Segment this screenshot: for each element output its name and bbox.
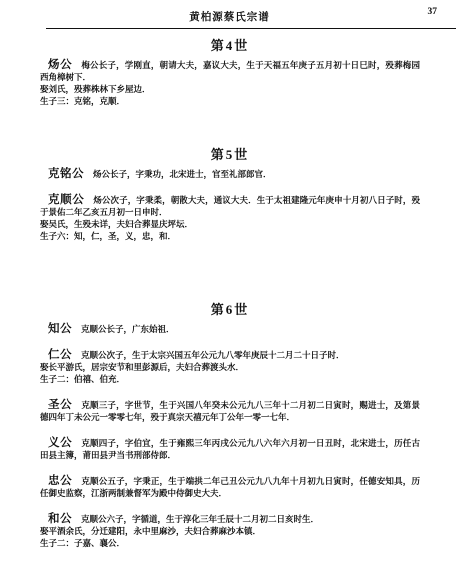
- entry-line: 娶吴氏，生殁未详，夫妇合葬显庆坪坛．: [40, 218, 420, 230]
- entry-name: 和公: [48, 513, 72, 525]
- genealogy-page: 黄柏源蔡氏宗谱 37 第4世 炀公梅公长子，学刚直，朝请大夫，嘉议大夫，生于天福…: [0, 0, 459, 574]
- entry-ke-ming-gong: 克铭公炀公长子，字秉功，北宋进士，官至礼部郎官．: [40, 168, 420, 180]
- entry-name: 克铭公: [48, 168, 84, 180]
- section-heading-gen4: 第4世: [40, 35, 420, 54]
- entry-name: 仁公: [48, 349, 72, 361]
- entry-ren-gong: 仁公克顺公次子，生于太宗兴国五年公元九八零年庚辰十二月二十日子时． 娶长平游氏，…: [40, 349, 420, 385]
- entry-line: 生子六：知，仁，圣，义，忠，和．: [40, 230, 420, 242]
- entry-zhi-gong: 知公克顺公长子，广东始祖．: [40, 323, 420, 335]
- entry-line: 生子二：子嘉、襄公．: [40, 537, 420, 549]
- entry-paragraph: 知公克顺公长子，广东始祖．: [40, 323, 420, 335]
- section-heading-gen6: 第6世: [40, 299, 420, 318]
- entry-name: 炀公: [48, 59, 72, 71]
- entry-line: 娶平酒余氏，分迁建阳，永中里麻沙，夫妇合葬麻沙本镇．: [40, 525, 420, 537]
- entry-yang-gong: 炀公梅公长子，学刚直，朝请大夫，嘉议大夫，生于天福五年庚子五月初十日巳时，殁葬梅…: [40, 59, 420, 107]
- entry-yi-gong: 义公克顺四子，字伯宜，生于雍熙三年丙戌公元九八六年六月初一日丑时，北宋进士，历任…: [40, 437, 420, 461]
- entry-name: 知公: [48, 323, 72, 335]
- entry-text: 克顺公五子，字秉正，生于端拱二年己丑公元九八九年十月初九日寅时，任德安知具，历任…: [40, 476, 420, 498]
- entry-text: 克顺公次子，生于太宗兴国五年公元九八零年庚辰十二月二十日子时．: [81, 350, 345, 360]
- entry-line: 生子三：克铭，克顺．: [40, 95, 420, 107]
- entry-line: 娶长平游氏，居宗安节和里彭源后，夫妇合葬渡头水．: [40, 361, 420, 373]
- entry-line: 娶刘氏，殁葬株林下乡屋边．: [40, 83, 420, 95]
- entry-ke-shun-gong: 克顺公炀公次子，字秉柔，朝散大夫，通议大夫．生于太祖建隆元年庚申十月初八日子时，…: [40, 194, 420, 242]
- entry-name: 忠公: [48, 475, 72, 487]
- page-header: 黄柏源蔡氏宗谱 37: [0, 0, 459, 25]
- entry-text: 炀公次子，字秉柔，朝散大夫，通议大夫．生于太祖建隆元年庚申十月初八日子时，殁于景…: [40, 195, 420, 217]
- entry-text: 克顺三子，字世节，生于兴国八年癸未公元九八三年十二月初二日寅时，赐进士，及第景德…: [40, 400, 420, 422]
- entry-text: 克顺四子，字伯宜，生于雍熙三年丙戌公元九八六年六月初一日丑时，北宋进士，历任古田…: [40, 438, 420, 460]
- entry-paragraph: 仁公克顺公次子，生于太宗兴国五年公元九八零年庚辰十二月二十日子时．: [40, 349, 420, 361]
- page-content: 第4世 炀公梅公长子，学刚直，朝请大夫，嘉议大夫，生于天福五年庚子五月初十日巳时…: [0, 35, 459, 549]
- entry-text: 克顺公六子，字循道，生于淳化三年壬辰十二月初二日亥时生．: [81, 514, 319, 524]
- page-number: 37: [428, 7, 438, 17]
- entry-zhong-gong: 忠公克顺公五子，字秉正，生于端拱二年己丑公元九八九年十月初九日寅时，任德安知具，…: [40, 475, 420, 499]
- entry-paragraph: 克铭公炀公长子，字秉功，北宋进士，官至礼部郎官．: [40, 168, 420, 180]
- book-title: 黄柏源蔡氏宗谱: [0, 9, 459, 24]
- entry-text: 梅公长子，学刚直，朝请大夫，嘉议大夫，生于天福五年庚子五月初十日巳时，殁葬梅园西…: [40, 60, 420, 82]
- entry-paragraph: 克顺公炀公次子，字秉柔，朝散大夫，通议大夫．生于太祖建隆元年庚申十月初八日子时，…: [40, 194, 420, 218]
- entry-sheng-gong: 圣公克顺三子，字世节，生于兴国八年癸未公元九八三年十二月初二日寅时，赐进士，及第…: [40, 399, 420, 423]
- entry-name: 义公: [48, 437, 72, 449]
- entry-paragraph: 圣公克顺三子，字世节，生于兴国八年癸未公元九八三年十二月初二日寅时，赐进士，及第…: [40, 399, 420, 423]
- entry-text: 克顺公长子，广东始祖．: [81, 324, 175, 334]
- section-heading-gen5: 第5世: [40, 144, 420, 163]
- entry-name: 克顺公: [48, 194, 84, 206]
- entry-line: 生子二：伯禧、伯充．: [40, 373, 420, 385]
- entry-he-gong: 和公克顺公六子，字循道，生于淳化三年壬辰十二月初二日亥时生． 娶平酒余氏，分迁建…: [40, 513, 420, 549]
- header-rule: [46, 28, 456, 29]
- entry-paragraph: 和公克顺公六子，字循道，生于淳化三年壬辰十二月初二日亥时生．: [40, 513, 420, 525]
- entry-paragraph: 忠公克顺公五子，字秉正，生于端拱二年己丑公元九八九年十月初九日寅时，任德安知具，…: [40, 475, 420, 499]
- entry-name: 圣公: [48, 399, 72, 411]
- entry-paragraph: 炀公梅公长子，学刚直，朝请大夫，嘉议大夫，生于天福五年庚子五月初十日巳时，殁葬梅…: [40, 59, 420, 83]
- entry-text: 炀公长子，字秉功，北宋进士，官至礼部郎官．: [93, 169, 272, 179]
- entry-paragraph: 义公克顺四子，字伯宜，生于雍熙三年丙戌公元九八六年六月初一日丑时，北宋进士，历任…: [40, 437, 420, 461]
